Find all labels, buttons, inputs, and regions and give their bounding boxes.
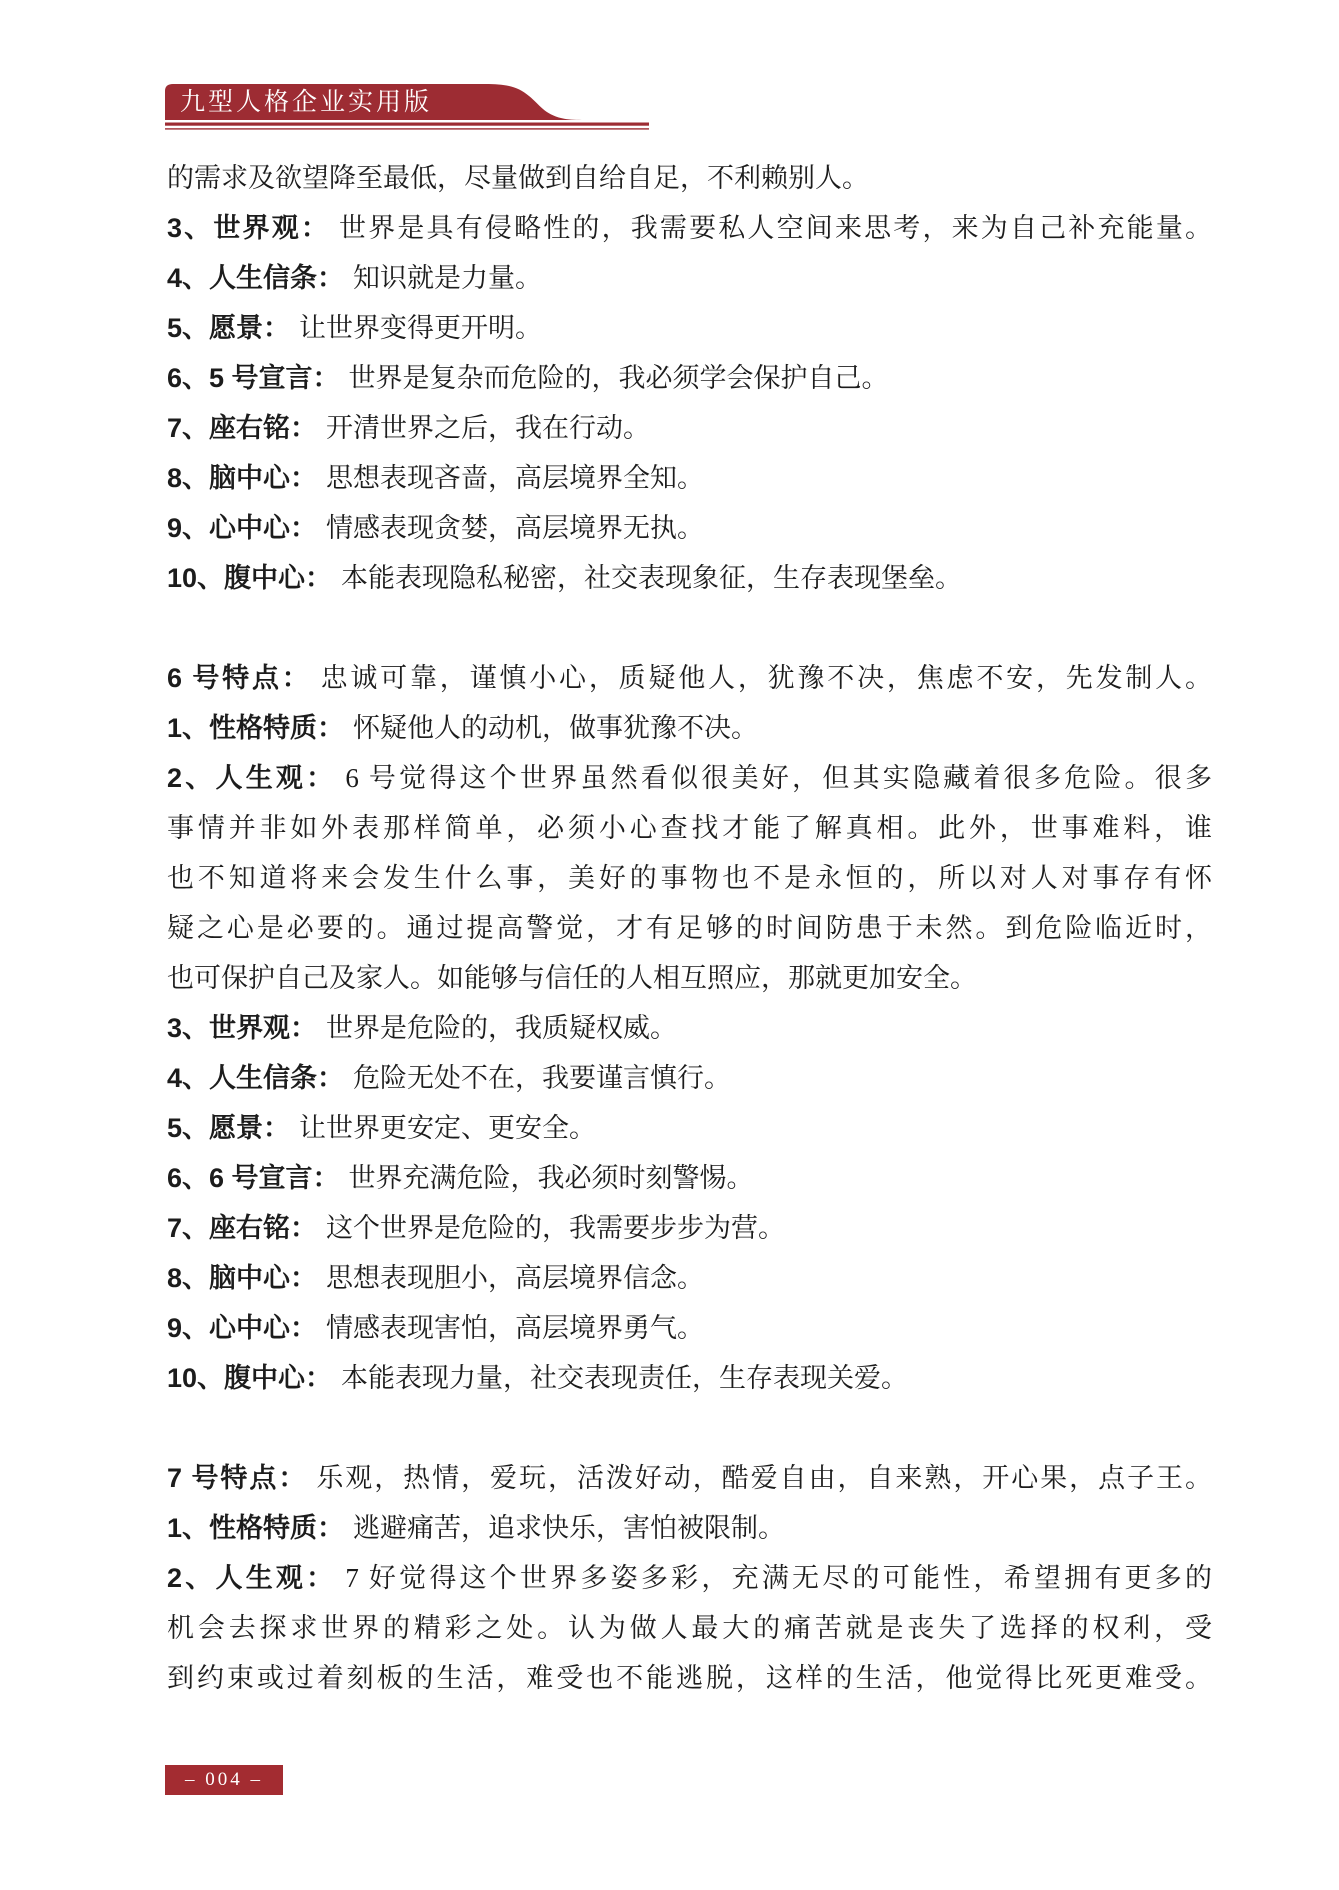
item-text: 思想表现吝啬，高层境界全知。 xyxy=(326,463,704,493)
text-line: 4、人生信条：危险无处不在，我要谨言慎行。 xyxy=(167,1053,1212,1103)
text-line: 6 号特点：忠诚可靠，谨慎小心，质疑他人，犹豫不决，焦虑不安，先发制人。 xyxy=(167,653,1212,703)
text-line: 4、人生信条：知识就是力量。 xyxy=(167,253,1212,303)
item-label: 6 号特点： xyxy=(167,663,312,693)
text-line: 机会去探求世界的精彩之处。认为做人最大的痛苦就是丧失了选择的权利，受 xyxy=(167,1603,1212,1653)
item-label: 4、人生信条： xyxy=(167,1063,344,1093)
text-line: 7、座右铭：这个世界是危险的，我需要步步为营。 xyxy=(167,1203,1212,1253)
body-text-column: 的需求及欲望降至最低，尽量做到自给自足，不利赖别人。3、世界观：世界是具有侵略性… xyxy=(167,153,1212,1703)
item-text: 也不知道将来会发生什么事，美好的事物也不是永恒的，所以对人对事存有怀 xyxy=(167,863,1212,893)
item-label: 9、心中心： xyxy=(167,1313,317,1343)
text-line: 9、心中心：情感表现害怕，高层境界勇气。 xyxy=(167,1303,1212,1353)
item-text: 世界是复杂而危险的，我必须学会保护自己。 xyxy=(349,363,889,393)
text-line: 5、愿景：让世界变得更开明。 xyxy=(167,303,1212,353)
text-line: 也可保护自己及家人。如能够与信任的人相互照应，那就更加安全。 xyxy=(167,953,1212,1003)
item-text: 逃避痛苦，追求快乐，害怕被限制。 xyxy=(353,1513,785,1543)
item-label: 8、脑中心： xyxy=(167,463,317,493)
item-label: 3、世界观： xyxy=(167,1013,317,1043)
item-text: 让世界变得更开明。 xyxy=(299,313,542,343)
text-line: 8、脑中心：思想表现吝啬，高层境界全知。 xyxy=(167,453,1212,503)
item-label: 3、世界观： xyxy=(167,213,330,243)
item-text: 到约束或过着刻板的生活，难受也不能逃脱，这样的生活，他觉得比死更难受。 xyxy=(167,1663,1212,1693)
text-line: 7 号特点：乐观，热情，爱玩，活泼好动，酷爱自由，自来熟，开心果，点子王。 xyxy=(167,1453,1212,1503)
item-text: 6 号觉得这个世界虽然看似很美好，但其实隐藏着很多危险。很多 xyxy=(345,763,1212,793)
item-text: 7 好觉得这个世界多姿多彩，充满无尽的可能性，希望拥有更多的 xyxy=(345,1563,1212,1593)
item-label: 10、腹中心： xyxy=(167,563,332,593)
item-text: 的需求及欲望降至最低，尽量做到自给自足，不利赖别人。 xyxy=(167,163,869,193)
item-text: 知识就是力量。 xyxy=(353,263,542,293)
item-text: 世界充满危险，我必须时刻警惕。 xyxy=(349,1163,754,1193)
text-line: 10、腹中心：本能表现隐私秘密，社交表现象征，生存表现堡垒。 xyxy=(167,553,1212,603)
item-text: 事情并非如外表那样简单，必须小心查找才能了解真相。此外，世事难料，谁 xyxy=(167,813,1212,843)
item-text: 情感表现害怕，高层境界勇气。 xyxy=(326,1313,704,1343)
item-text: 疑之心是必要的。通过提高警觉，才有足够的时间防患于未然。到危险临近时， xyxy=(167,913,1212,943)
item-text: 世界是危险的，我质疑权威。 xyxy=(326,1013,677,1043)
item-text: 机会去探求世界的精彩之处。认为做人最大的痛苦就是丧失了选择的权利，受 xyxy=(167,1613,1212,1643)
item-text: 危险无处不在，我要谨言慎行。 xyxy=(353,1063,731,1093)
text-line: 也不知道将来会发生什么事，美好的事物也不是永恒的，所以对人对事存有怀 xyxy=(167,853,1212,903)
text-line: 到约束或过着刻板的生活，难受也不能逃脱，这样的生活，他觉得比死更难受。 xyxy=(167,1653,1212,1703)
item-text: 情感表现贪婪，高层境界无执。 xyxy=(326,513,704,543)
item-label: 7 号特点： xyxy=(167,1463,307,1493)
item-label: 1、性格特质： xyxy=(167,1513,344,1543)
item-text: 这个世界是危险的，我需要步步为营。 xyxy=(326,1213,785,1243)
text-line: 事情并非如外表那样简单，必须小心查找才能了解真相。此外，世事难料，谁 xyxy=(167,803,1212,853)
item-text: 让世界更安定、更安全。 xyxy=(299,1113,596,1143)
text-line: 5、愿景：让世界更安定、更安全。 xyxy=(167,1103,1212,1153)
text-line: 2、人生观：6 号觉得这个世界虽然看似很美好，但其实隐藏着很多危险。很多 xyxy=(167,753,1212,803)
item-text: 开清世界之后，我在行动。 xyxy=(326,413,650,443)
text-line: 1、性格特质：逃避痛苦，追求快乐，害怕被限制。 xyxy=(167,1503,1212,1553)
page-number-badge: – 004 – xyxy=(165,1765,283,1795)
text-line: 10、腹中心：本能表现力量，社交表现责任，生存表现关爱。 xyxy=(167,1353,1212,1403)
text-line: 3、世界观：世界是具有侵略性的，我需要私人空间来思考，来为自己补充能量。 xyxy=(167,203,1212,253)
text-line: 1、性格特质：怀疑他人的动机，做事犹豫不决。 xyxy=(167,703,1212,753)
item-label: 1、性格特质： xyxy=(167,713,344,743)
text-line: 2、人生观：7 好觉得这个世界多姿多彩，充满无尽的可能性，希望拥有更多的 xyxy=(167,1553,1212,1603)
text-line: 疑之心是必要的。通过提高警觉，才有足够的时间防患于未然。到危险临近时， xyxy=(167,903,1212,953)
item-text: 忠诚可靠，谨慎小心，质疑他人，犹豫不决，焦虑不安，先发制人。 xyxy=(321,663,1212,693)
item-label: 7、座右铭： xyxy=(167,1213,317,1243)
item-label: 8、脑中心： xyxy=(167,1263,317,1293)
item-label: 2、人生观： xyxy=(167,763,336,793)
item-text: 世界是具有侵略性的，我需要私人空间来思考，来为自己补充能量。 xyxy=(339,213,1212,243)
item-label: 6、6 号宣言： xyxy=(167,1163,340,1193)
item-text: 本能表现力量，社交表现责任，生存表现关爱。 xyxy=(341,1363,908,1393)
text-line: 7、座右铭：开清世界之后，我在行动。 xyxy=(167,403,1212,453)
item-label: 4、人生信条： xyxy=(167,263,344,293)
text-line: 6、5 号宣言：世界是复杂而危险的，我必须学会保护自己。 xyxy=(167,353,1212,403)
item-text: 乐观，热情，爱玩，活泼好动，酷爱自由，自来熟，开心果，点子王。 xyxy=(316,1463,1212,1493)
item-label: 9、心中心： xyxy=(167,513,317,543)
text-line: 的需求及欲望降至最低，尽量做到自给自足，不利赖别人。 xyxy=(167,153,1212,203)
item-label: 7、座右铭： xyxy=(167,413,317,443)
text-line: 3、世界观：世界是危险的，我质疑权威。 xyxy=(167,1003,1212,1053)
item-label: 6、5 号宣言： xyxy=(167,363,340,393)
item-text: 本能表现隐私秘密，社交表现象征，生存表现堡垒。 xyxy=(341,563,962,593)
page-header-title: 九型人格企业实用版 xyxy=(180,84,432,121)
item-label: 5、愿景： xyxy=(167,1113,290,1143)
item-label: 5、愿景： xyxy=(167,313,290,343)
text-line: 6、6 号宣言：世界充满危险，我必须时刻警惕。 xyxy=(167,1153,1212,1203)
item-text: 思想表现胆小，高层境界信念。 xyxy=(326,1263,704,1293)
document-page: 九型人格企业实用版 的需求及欲望降至最低，尽量做到自给自足，不利赖别人。3、世界… xyxy=(0,0,1339,1890)
item-text: 也可保护自己及家人。如能够与信任的人相互照应，那就更加安全。 xyxy=(167,963,977,993)
text-line: 8、脑中心：思想表现胆小，高层境界信念。 xyxy=(167,1253,1212,1303)
item-label: 2、人生观： xyxy=(167,1563,336,1593)
item-text: 怀疑他人的动机，做事犹豫不决。 xyxy=(353,713,758,743)
text-line: 9、心中心：情感表现贪婪，高层境界无执。 xyxy=(167,503,1212,553)
header-banner: 九型人格企业实用版 xyxy=(165,84,651,131)
item-label: 10、腹中心： xyxy=(167,1363,332,1393)
